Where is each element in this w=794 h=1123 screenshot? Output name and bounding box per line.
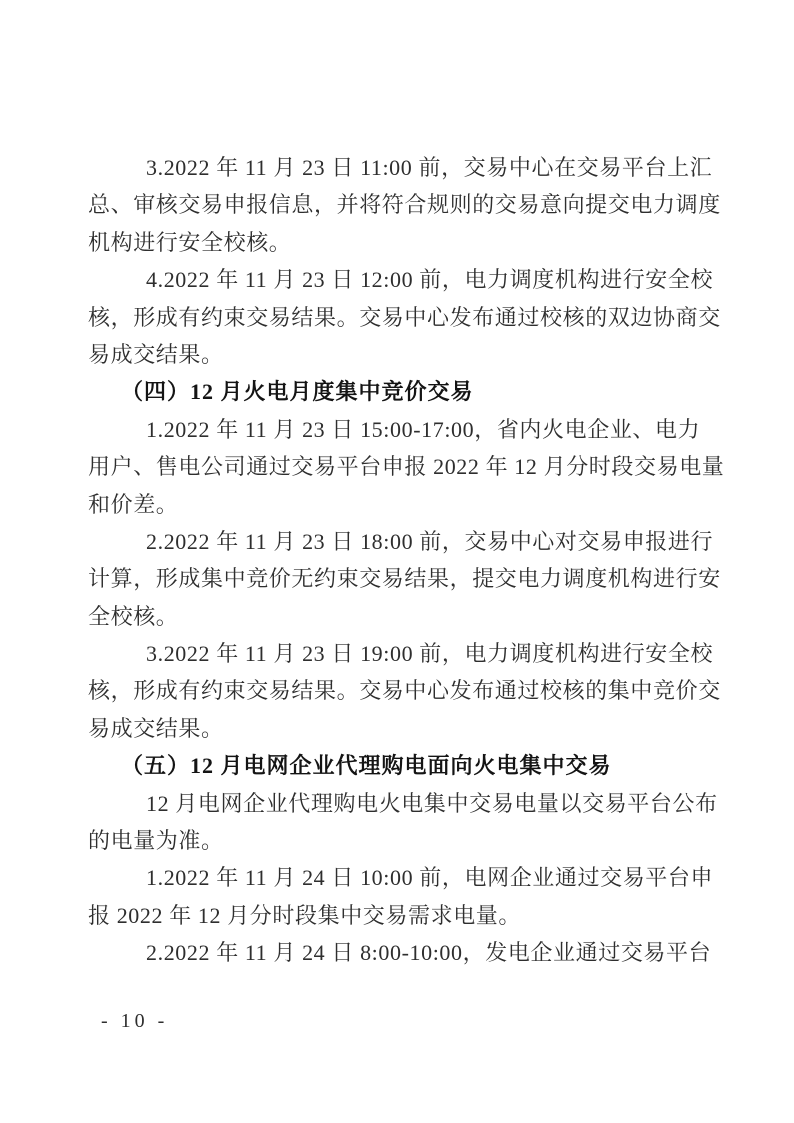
text-line: 核，形成有约束交易结果。交易中心发布通过校核的集中竞价交 (88, 672, 706, 709)
document-lines: 3.2022 年 11 月 23 日 11:00 前，交易中心在交易平台上汇总、… (88, 149, 706, 972)
text-line: 1.2022 年 11 月 24 日 10:00 前，电网企业通过交易平台申 (88, 859, 706, 896)
section-heading: （五）12 月电网企业代理购电面向火电集中交易 (88, 747, 706, 784)
text-line: 易成交结果。 (88, 336, 706, 373)
page-number: - 10 - (101, 1010, 168, 1033)
text-line: 易成交结果。 (88, 710, 706, 747)
text-line: 3.2022 年 11 月 23 日 11:00 前，交易中心在交易平台上汇 (88, 149, 706, 186)
text-line: 用户、售电公司通过交易平台申报 2022 年 12 月分时段交易电量 (88, 448, 706, 485)
text-line: 4.2022 年 11 月 23 日 12:00 前，电力调度机构进行安全校 (88, 261, 706, 298)
text-line: 2.2022 年 11 月 24 日 8:00-10:00，发电企业通过交易平台 (88, 934, 706, 971)
text-line: 和价差。 (88, 486, 706, 523)
text-line: 的电量为准。 (88, 822, 706, 859)
text-line: 核，形成有约束交易结果。交易中心发布通过校核的双边协商交 (88, 299, 706, 336)
text-line: 12 月电网企业代理购电火电集中交易电量以交易平台公布 (88, 785, 706, 822)
text-line: 计算，形成集中竞价无约束交易结果，提交电力调度机构进行安 (88, 560, 706, 597)
text-line: 3.2022 年 11 月 23 日 19:00 前，电力调度机构进行安全校 (88, 635, 706, 672)
section-heading: （四）12 月火电月度集中竞价交易 (88, 373, 706, 410)
text-line: 全校核。 (88, 598, 706, 635)
text-line: 机构进行安全校核。 (88, 224, 706, 261)
document-page: 3.2022 年 11 月 23 日 11:00 前，交易中心在交易平台上汇总、… (0, 0, 794, 1123)
text-line: 总、审核交易申报信息，并将符合规则的交易意向提交电力调度 (88, 186, 706, 223)
text-line: 2.2022 年 11 月 23 日 18:00 前，交易中心对交易申报进行 (88, 523, 706, 560)
text-line: 1.2022 年 11 月 23 日 15:00-17:00，省内火电企业、电力 (88, 411, 706, 448)
text-line: 报 2022 年 12 月分时段集中交易需求电量。 (88, 897, 706, 934)
